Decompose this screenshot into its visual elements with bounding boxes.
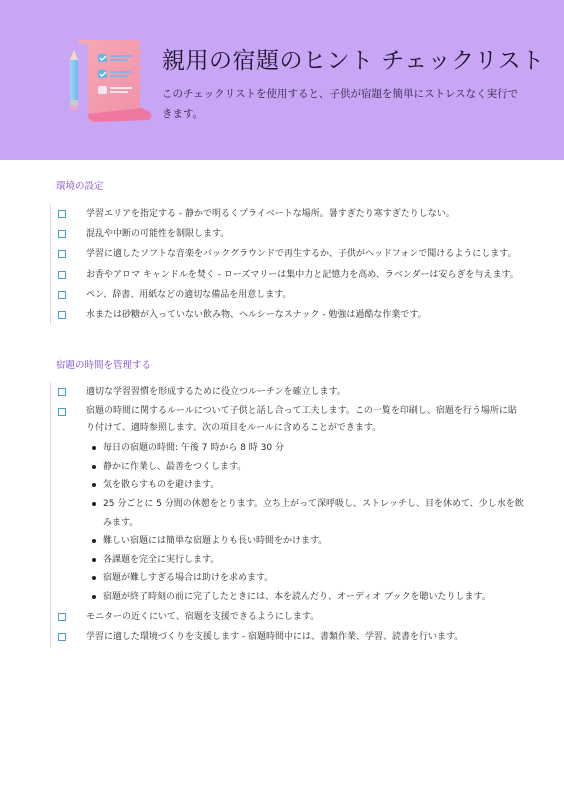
checklist-item: 混乱や中断の可能性を制限します。 <box>51 224 521 244</box>
rule-item: 25 分ごとに 5 分間の休憩をとります。立ち上がって深呼吸し、ストレッチし、目… <box>51 495 531 532</box>
section-heading-environment: 環境の設定 <box>56 178 104 192</box>
checklist-environment: 学習エリアを指定する - 静かで明るくプライベートな場所。暑すぎたり寒すぎたりし… <box>50 204 521 325</box>
checkbox[interactable] <box>58 230 66 238</box>
checklist-time: 適切な学習習慣を形成するために役立つルーチンを確立します。 宿題の時間に関するル… <box>50 382 531 647</box>
checklist-item: 宿題の時間に関するルールについて子供と話し合って工夫します。この一覧を印刷し、宿… <box>51 402 521 439</box>
checklist-item: 学習に適した環境づくりを支援します - 宿題時間中には、書類作業、学習、読書を行… <box>51 627 521 647</box>
rule-item: 毎日の宿題の時間: 午後 7 時から 8 時 30 分 <box>51 439 531 458</box>
bullet-icon <box>92 595 96 599</box>
checkbox[interactable] <box>58 388 66 396</box>
rule-item: 静かに作業し、最善をつくします。 <box>51 458 531 477</box>
rule-item: 宿題が終了時刻の前に完了したときには、本を読んだり、オーディオ ブックを聴いたり… <box>51 588 531 607</box>
bullet-icon <box>92 576 96 580</box>
bullet-icon <box>92 539 96 543</box>
checklist-item: 適切な学習習慣を形成するために役立つルーチンを確立します。 <box>51 382 521 402</box>
checkbox[interactable] <box>58 613 66 621</box>
rule-item: 難しい宿題には簡単な宿題よりも長い時間をかけます。 <box>51 532 531 551</box>
checkbox[interactable] <box>58 271 66 279</box>
checklist-item: 水または砂糖が入っていない飲み物、ヘルシーなスナック - 勉強は過酷な作業です。 <box>51 305 521 325</box>
checkbox[interactable] <box>58 633 66 641</box>
checkbox[interactable] <box>58 291 66 299</box>
checklist-item: 学習に適したソフトな音楽をバックグラウンドで再生するか、子供がヘッドフォンで聞け… <box>51 244 521 264</box>
checkbox[interactable] <box>58 311 66 319</box>
checklist-scroll-icon <box>58 38 158 130</box>
checkbox[interactable] <box>58 250 66 258</box>
checklist-item: お香やアロマ キャンドルを焚く - ローズマリーは集中力と記憶力を高め、ラベンダ… <box>51 265 521 285</box>
rules-list: 毎日の宿題の時間: 午後 7 時から 8 時 30 分 静かに作業し、最善をつく… <box>51 439 531 606</box>
bullet-icon <box>92 502 96 506</box>
bullet-icon <box>92 465 96 469</box>
page-subtitle: このチェックリストを使用すると、子供が宿題を簡単にストレスなく実行できます。 <box>162 84 522 124</box>
bullet-icon <box>92 558 96 562</box>
checklist-item: モニターの近くにいて、宿題を支援できるようにします。 <box>51 607 521 627</box>
checkbox[interactable] <box>58 210 66 218</box>
rule-item: 気を散らすものを避けます。 <box>51 476 531 495</box>
checkbox[interactable] <box>58 408 66 416</box>
rule-item: 各課題を完全に実行します。 <box>51 551 531 570</box>
header-banner: 親用の宿題のヒント チェックリスト このチェックリストを使用すると、子供が宿題を… <box>0 0 564 160</box>
section-heading-time: 宿題の時間を管理する <box>56 357 151 371</box>
page-title: 親用の宿題のヒント チェックリスト <box>162 42 545 75</box>
bullet-icon <box>92 483 96 487</box>
checklist-item: ペン、辞書、用紙などの適切な備品を用意します。 <box>51 285 521 305</box>
checklist-item: 学習エリアを指定する - 静かで明るくプライベートな場所。暑すぎたり寒すぎたりし… <box>51 204 521 224</box>
bullet-icon <box>92 446 96 450</box>
rule-item: 宿題が難しすぎる場合は助けを求めます。 <box>51 569 531 588</box>
